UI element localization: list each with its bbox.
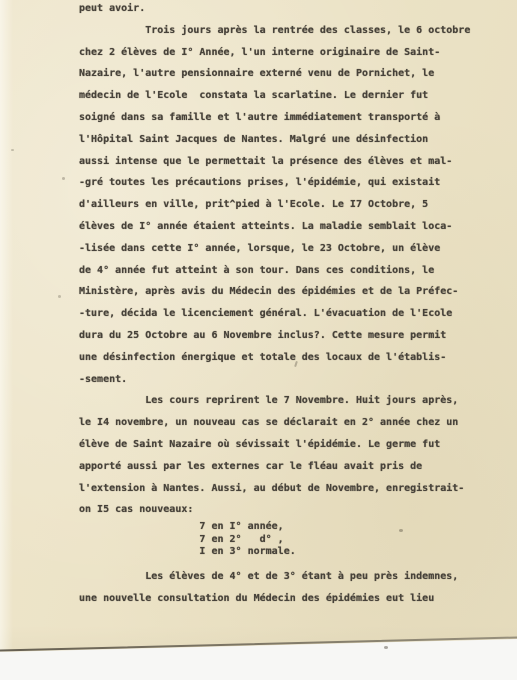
text-line: une nouvelle consultation du Médecin des…	[79, 588, 509, 610]
text-line: l'Hôpital Saint Jacques de Nantes. Malgr…	[79, 129, 509, 151]
text-line: Les cours reprirent le 7 Novembre. Huit …	[79, 390, 509, 412]
text-line: 7 en 2° d° ,	[79, 534, 509, 546]
paper-speck	[62, 177, 65, 180]
text-line: -lisée dans cette I° année, lorsque, le …	[79, 238, 509, 260]
text-line: soigné dans sa famille et l'autre immédi…	[79, 107, 509, 129]
paper-speck	[384, 646, 388, 649]
text-line: peut avoir.	[79, 0, 509, 20]
text-line: I en 3° normale.	[79, 546, 509, 558]
text-line: d'ailleurs en ville, prit^pied à l'Ecole…	[79, 194, 509, 216]
paper-page: peut avoir. Trois jours après la rentrée…	[0, 0, 517, 680]
text-line: apporté aussi par les externes car le fl…	[79, 456, 509, 478]
text-line: de 4° année fut atteint à son tour. Dans…	[79, 260, 509, 282]
text-line: chez 2 élèves de I° Année, l'un interne …	[79, 42, 509, 64]
text-line: le I4 novembre, un nouveau cas se déclar…	[79, 412, 509, 434]
text-line: -ture, décida le licenciement général. L…	[79, 303, 509, 325]
text-line: élève de Saint Nazaire où sévissait l'ép…	[79, 434, 509, 456]
scan-background: peut avoir. Trois jours après la rentrée…	[0, 0, 517, 680]
text-line: Nazaire, l'autre pensionnaire externé ve…	[79, 63, 509, 85]
text-line: médecin de l'Ecole constata la scarlatin…	[79, 85, 509, 107]
text-line: Ministère, après avis du Médecin des épi…	[79, 281, 509, 303]
typewritten-text: peut avoir. Trois jours après la rentrée…	[79, 0, 509, 610]
text-line: élèves de I° année étaient atteints. La …	[79, 216, 509, 238]
text-line: Les élèves de 4° et de 3° étant à peu pr…	[79, 566, 509, 588]
paper-speck	[399, 529, 403, 532]
text-line: Trois jours après la rentrée des classes…	[79, 20, 509, 42]
text-line: 7 en I° année,	[79, 521, 509, 533]
text-line: l'extension à Nantes. Aussi, au début de…	[79, 478, 509, 500]
paper-speck	[11, 149, 14, 151]
paper-speck	[58, 295, 61, 298]
text-line: -sement.	[79, 369, 509, 391]
text-line: on I5 cas nouveaux:	[79, 499, 509, 521]
text-line: dura du 25 Octobre au 6 Novembre inclus?…	[79, 325, 509, 347]
text-line: -gré toutes les précautions prises, l'ép…	[79, 172, 509, 194]
text-line: aussi intense que le permettait la prése…	[79, 151, 509, 173]
